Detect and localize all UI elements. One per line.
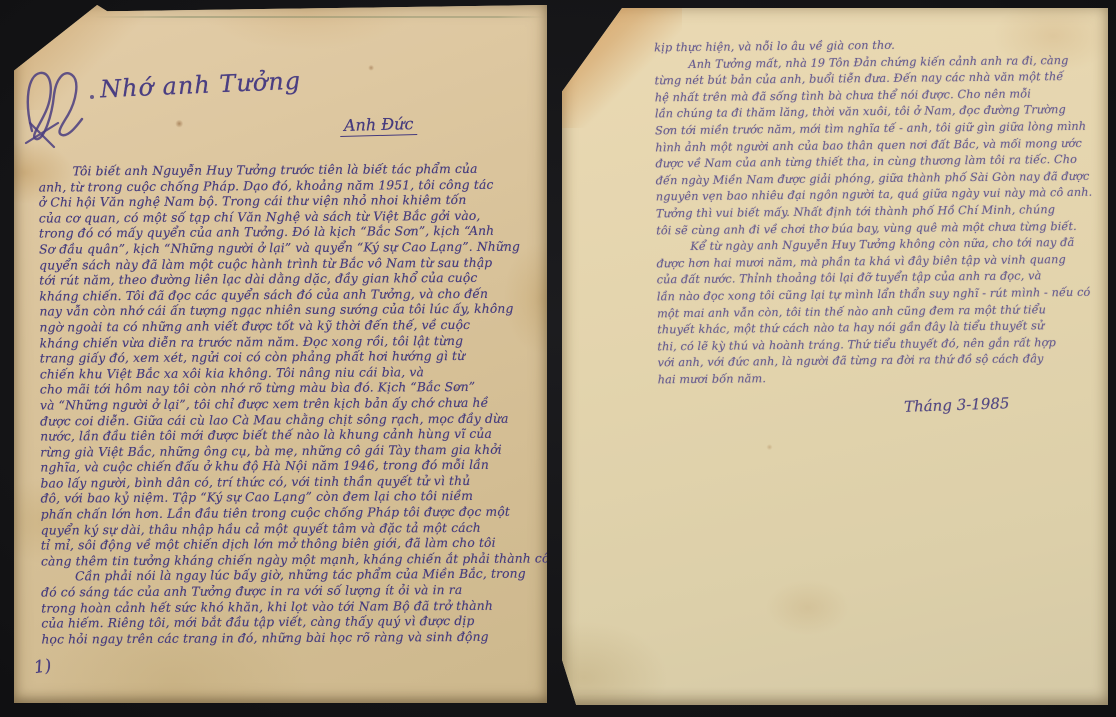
signature-scribble bbox=[18, 57, 122, 153]
page-title: Nhớ anh Tưởng bbox=[99, 67, 301, 104]
author-byline: Anh Đức bbox=[340, 114, 418, 137]
manuscript-line: ngờ ngoài ta có những anh viết được tốt … bbox=[39, 317, 543, 336]
manuscript-line: Cần phải nói là ngay lúc bấy giờ, những … bbox=[41, 567, 545, 586]
date-line: Tháng 3-1985 bbox=[904, 394, 1010, 416]
fold-crease-line bbox=[562, 8, 622, 93]
page-number: 1) bbox=[33, 656, 53, 678]
photo-background: Nhớ anh Tưởng Anh Đức Tôi biết anh Nguyễ… bbox=[0, 0, 1116, 717]
handwritten-text-block-page2: kịp thực hiện, và nỗi lo âu về già con t… bbox=[654, 36, 1104, 389]
manuscript-line: hai mươi bốn năm. bbox=[658, 368, 1104, 389]
handwritten-text-block-page1: Tôi biết anh Nguyễn Huy Tưởng trước tiên… bbox=[39, 161, 546, 647]
manuscript-line: học hỏi ngay trên các trang in đó, những… bbox=[41, 629, 545, 648]
manuscript-line: anh, từ trong cuộc chống Pháp. Dạo đó, k… bbox=[39, 177, 543, 196]
manuscript-page-2: kịp thực hiện, và nỗi lo âu về già con t… bbox=[562, 8, 1108, 705]
manuscript-page-1: Nhớ anh Tưởng Anh Đức Tôi biết anh Nguyễ… bbox=[14, 5, 547, 703]
